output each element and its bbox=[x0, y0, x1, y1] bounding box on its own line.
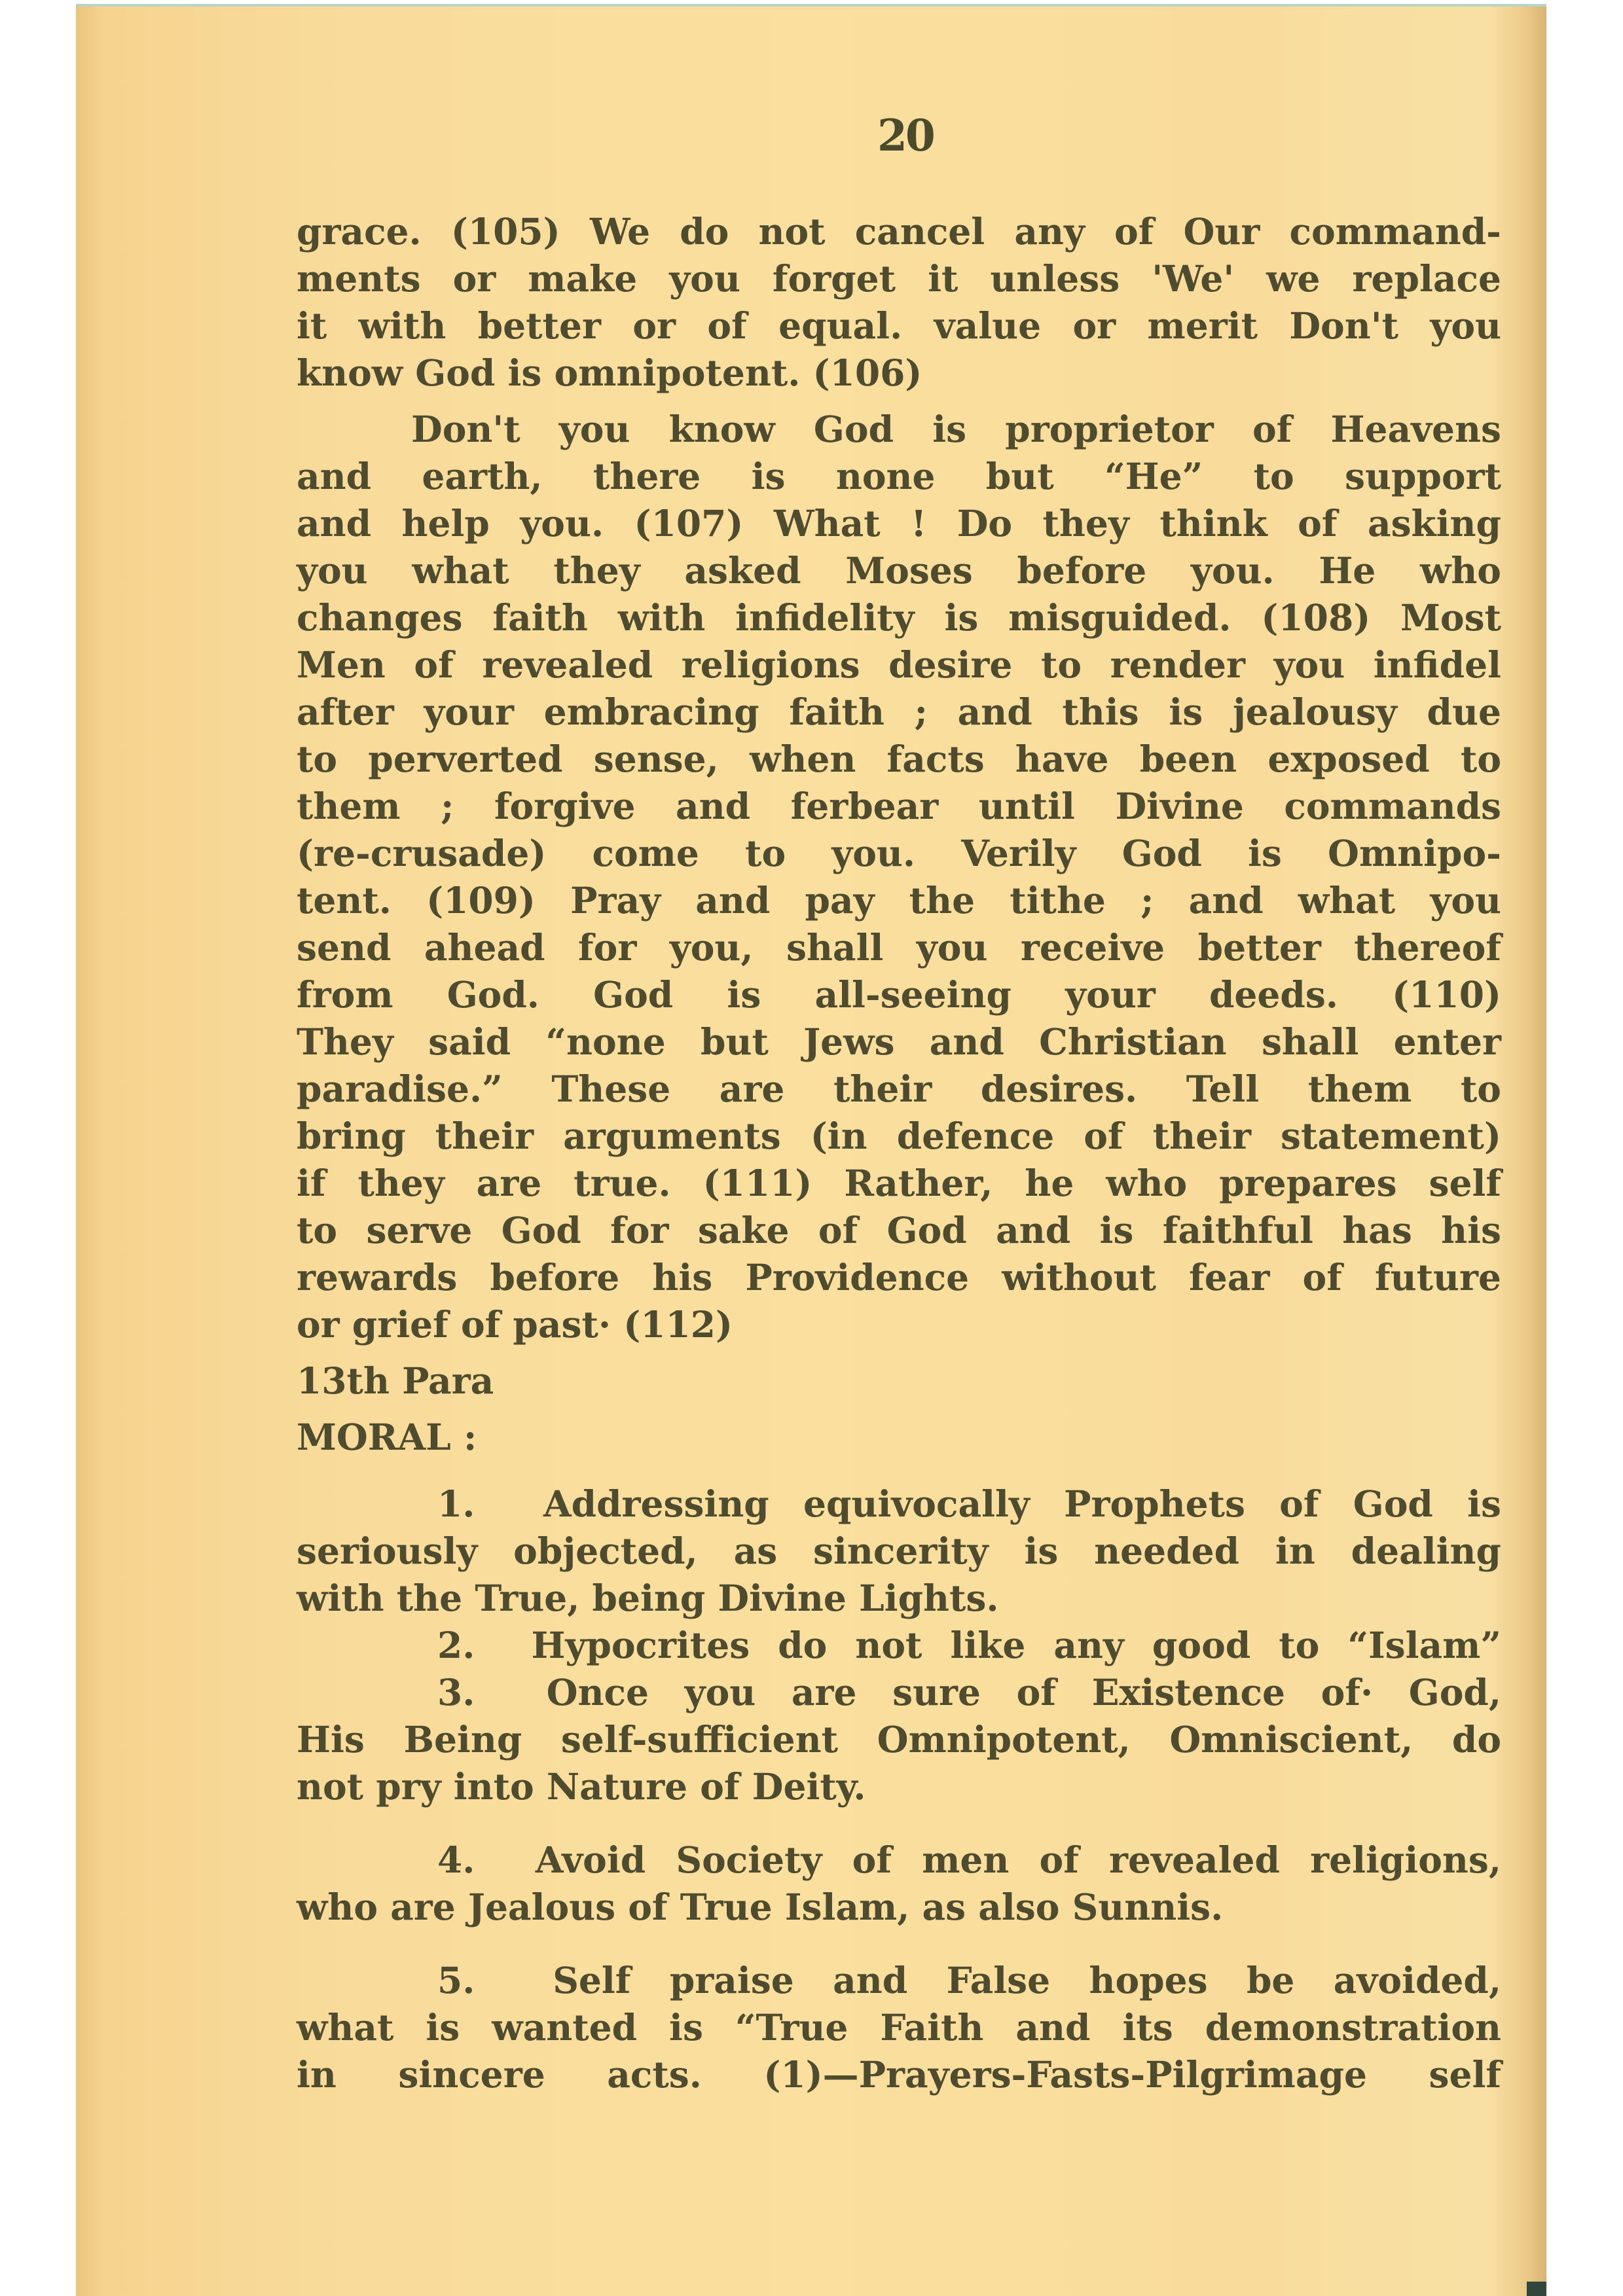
text-line: Don't you know God is proprietor of Heav… bbox=[297, 406, 1501, 453]
text-line: 2. Hypocrites do not like any good to “I… bbox=[297, 1622, 1501, 1669]
moral-number: 3. bbox=[437, 1671, 475, 1713]
text-line: ments or make you forget it unless 'We' … bbox=[297, 255, 1501, 302]
moral-number: 2. bbox=[437, 1624, 475, 1666]
text-line: from God. God is all-seeing your deeds. … bbox=[297, 971, 1501, 1018]
moral-item-5: 5. Self praise and False hopes be avoide… bbox=[297, 1957, 1501, 2098]
moral-text: Hypocrites do not like any good to “Isla… bbox=[531, 1624, 1501, 1666]
text-line: and earth, there is none but “He” to sup… bbox=[297, 453, 1501, 500]
moral-item-3: 3. Once you are sure of Existence of· Go… bbox=[297, 1669, 1501, 1810]
spacer bbox=[297, 1931, 1501, 1957]
moral-heading: MORAL : bbox=[297, 1414, 1501, 1461]
text-line: 5. Self praise and False hopes be avoide… bbox=[297, 1957, 1501, 2004]
text-line: rewards before his Providence without fe… bbox=[297, 1254, 1501, 1301]
spacer bbox=[297, 1405, 1501, 1414]
page-body: grace. (105) We do not cancel any of Our… bbox=[297, 208, 1501, 2098]
moral-number: 5. bbox=[437, 1959, 475, 2001]
paragraph-105-106: grace. (105) We do not cancel any of Our… bbox=[297, 208, 1501, 397]
moral-text: Once you are sure of Existence of· God, bbox=[547, 1671, 1501, 1713]
text-line: or grief of past· (112) bbox=[297, 1301, 1501, 1348]
moral-text: Self praise and False hopes be avoided, bbox=[553, 1959, 1501, 2001]
text-line: grace. (105) We do not cancel any of Our… bbox=[297, 208, 1501, 255]
text-line: changes faith with infidelity is misguid… bbox=[297, 594, 1501, 641]
moral-item-4: 4. Avoid Society of men of revealed reli… bbox=[297, 1837, 1501, 1931]
text-line: it with better or of equal. value or mer… bbox=[297, 302, 1501, 350]
text-line: if they are true. (111) Rather, he who p… bbox=[297, 1160, 1501, 1207]
text-line: know God is omnipotent. (106) bbox=[297, 350, 1501, 397]
text-line: them ; forgive and ferbear until Divine … bbox=[297, 783, 1501, 830]
spacer bbox=[297, 1461, 1501, 1480]
text-line: 3. Once you are sure of Existence of· Go… bbox=[297, 1669, 1501, 1716]
text-line: who are Jealous of True Islam, as also S… bbox=[297, 1884, 1501, 1931]
para-label: 13th Para bbox=[297, 1357, 1501, 1405]
moral-item-1: 1. Addressing equivocally Prophets of Go… bbox=[297, 1480, 1501, 1622]
text-line: and help you. (107) What ! Do they think… bbox=[297, 500, 1501, 547]
text-line: to perverted sense, when facts have been… bbox=[297, 736, 1501, 783]
paragraph-107-112: Don't you know God is proprietor of Heav… bbox=[297, 406, 1501, 1348]
text-line: seriously objected, as sincerity is need… bbox=[297, 1528, 1501, 1575]
text-line: in sincere acts. (1)—Prayers-Fasts-Pilgr… bbox=[297, 2051, 1501, 2098]
text-line: send ahead for you, shall you receive be… bbox=[297, 924, 1501, 971]
text-line: paradise.” These are their desires. Tell… bbox=[297, 1066, 1501, 1113]
text-line: His Being self-sufficient Omnipotent, Om… bbox=[297, 1716, 1501, 1763]
moral-list: 1. Addressing equivocally Prophets of Go… bbox=[297, 1480, 1501, 2098]
text-line: bring their arguments (in defence of the… bbox=[297, 1113, 1501, 1160]
text-line: not pry into Nature of Deity. bbox=[297, 1763, 1501, 1810]
moral-text: Avoid Society of men of revealed religio… bbox=[536, 1839, 1501, 1881]
text-line: Men of revealed religions desire to rend… bbox=[297, 641, 1501, 689]
moral-item-2: 2. Hypocrites do not like any good to “I… bbox=[297, 1622, 1501, 1669]
moral-text: Addressing equivocally Prophets of God i… bbox=[543, 1482, 1501, 1525]
moral-number: 1. bbox=[437, 1482, 475, 1525]
text-line: They said “none but Jews and Christian s… bbox=[297, 1018, 1501, 1066]
text-line: (re-crusade) come to you. Verily God is … bbox=[297, 830, 1501, 877]
moral-number: 4. bbox=[437, 1839, 475, 1881]
text-line: tent. (109) Pray and pay the tithe ; and… bbox=[297, 877, 1501, 924]
text-line: what is wanted is “True Faith and its de… bbox=[297, 2004, 1501, 2051]
spacer bbox=[297, 1348, 1501, 1357]
spacer bbox=[297, 397, 1501, 406]
text-line: 4. Avoid Society of men of revealed reli… bbox=[297, 1837, 1501, 1884]
text-line: you what they asked Moses before you. He… bbox=[297, 547, 1501, 594]
text-line: to serve God for sake of God and is fait… bbox=[297, 1207, 1501, 1254]
text-line: 1. Addressing equivocally Prophets of Go… bbox=[297, 1480, 1501, 1528]
text-line: with the True, being Divine Lights. bbox=[297, 1575, 1501, 1622]
page-number: 20 bbox=[877, 110, 934, 161]
text-line: after your embracing faith ; and this is… bbox=[297, 689, 1501, 736]
spacer bbox=[297, 1810, 1501, 1837]
